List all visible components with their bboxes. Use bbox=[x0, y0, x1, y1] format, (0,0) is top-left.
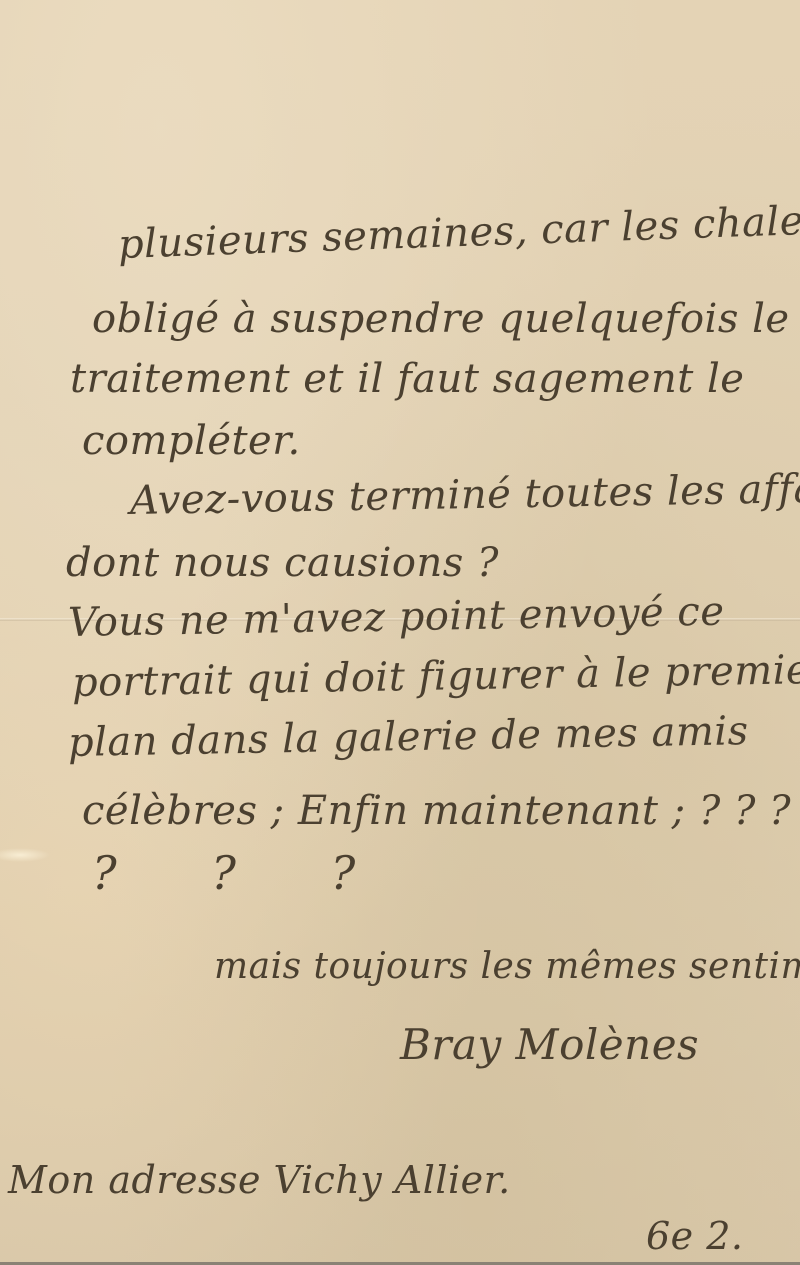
body-line-6: dont nous causions ? bbox=[66, 540, 499, 586]
signature: Bray Molènes bbox=[400, 1020, 699, 1069]
body-line-11: ? ? ? bbox=[92, 846, 395, 900]
body-line-1: plusieurs semaines, car les chaleurs bbox=[117, 196, 800, 268]
body-line-9: plan dans la galerie de mes amis bbox=[68, 708, 749, 766]
paper-stain bbox=[0, 848, 50, 862]
body-line-5: Avez-vous terminé toutes les affaires bbox=[130, 465, 800, 524]
letter-page: plusieurs semaines, car les chaleurs obl… bbox=[0, 0, 800, 1265]
body-line-8: portrait qui doit figurer à le premier bbox=[72, 647, 800, 706]
page-number: 6e 2. bbox=[646, 1214, 744, 1258]
body-line-10: célèbres ; Enfin maintenant ; ? ? ? bbox=[82, 788, 791, 834]
body-line-3: traitement et il faut sagement le bbox=[70, 356, 744, 402]
footer-address: Mon adresse Vichy Allier. bbox=[8, 1158, 511, 1202]
closing-text: mais toujours les mêmes sentiments bbox=[214, 946, 800, 987]
body-line-2: obligé à suspendre quelquefois le bbox=[92, 296, 790, 342]
body-line-4: compléter. bbox=[82, 418, 301, 464]
body-line-7: Vous ne m'avez point envoyé ce bbox=[68, 589, 725, 646]
